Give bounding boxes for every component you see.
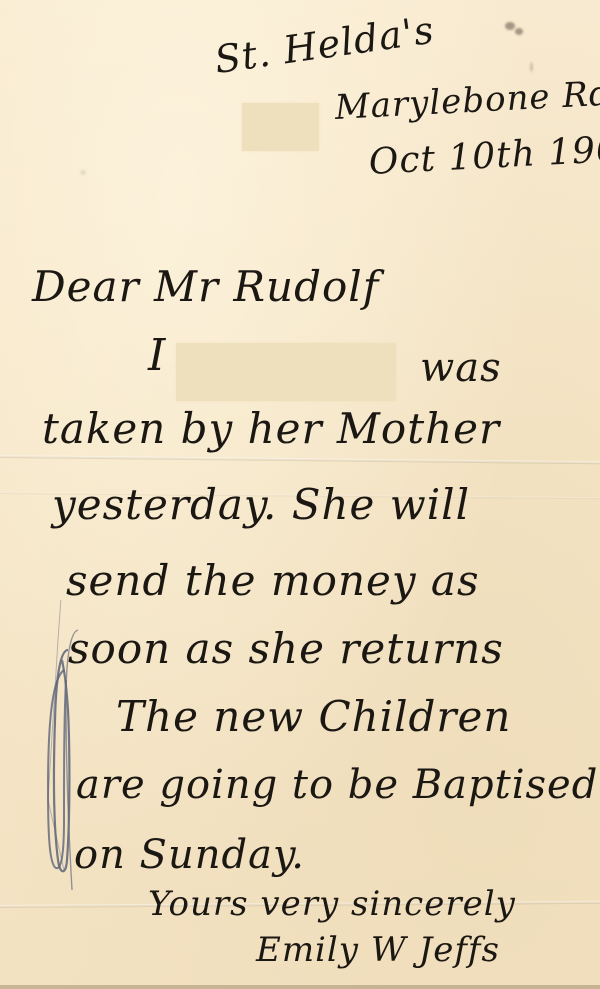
address-redaction [242,103,319,151]
body-line-5: soon as she returns [68,624,504,673]
ink-smudge [505,22,515,30]
valediction: Yours very sincerely [148,884,516,924]
letter-date: Oct 10th 1900 [368,128,600,183]
signature: Emily W Jeffs [256,930,500,970]
ink-smudge [80,170,86,175]
letter-page: St. Helda's Marylebone Rd Oct 10th 1900 … [0,0,600,989]
body-line-3: yesterday. She will [52,480,470,529]
ink-smudge [515,28,523,35]
name-redaction [176,343,396,401]
body-line-8: on Sunday. [74,832,305,878]
body-line-1-end: was [420,345,502,391]
address-line-2: Marylebone Rd [334,74,600,128]
ink-smudge [530,62,533,72]
body-line-7: are going to be Baptised [76,762,598,808]
fold-crease [0,455,600,464]
body-line-6: The new Children [116,692,511,741]
pencil-margin-mark [20,600,80,890]
body-line-1-start: I [148,330,166,381]
address-line-1: St. Helda's [212,8,437,82]
body-line-2: taken by her Mother [42,404,500,453]
salutation: Dear Mr Rudolf [32,262,379,311]
page-bottom-edge [0,985,600,989]
body-line-4: send the money as [66,556,480,605]
